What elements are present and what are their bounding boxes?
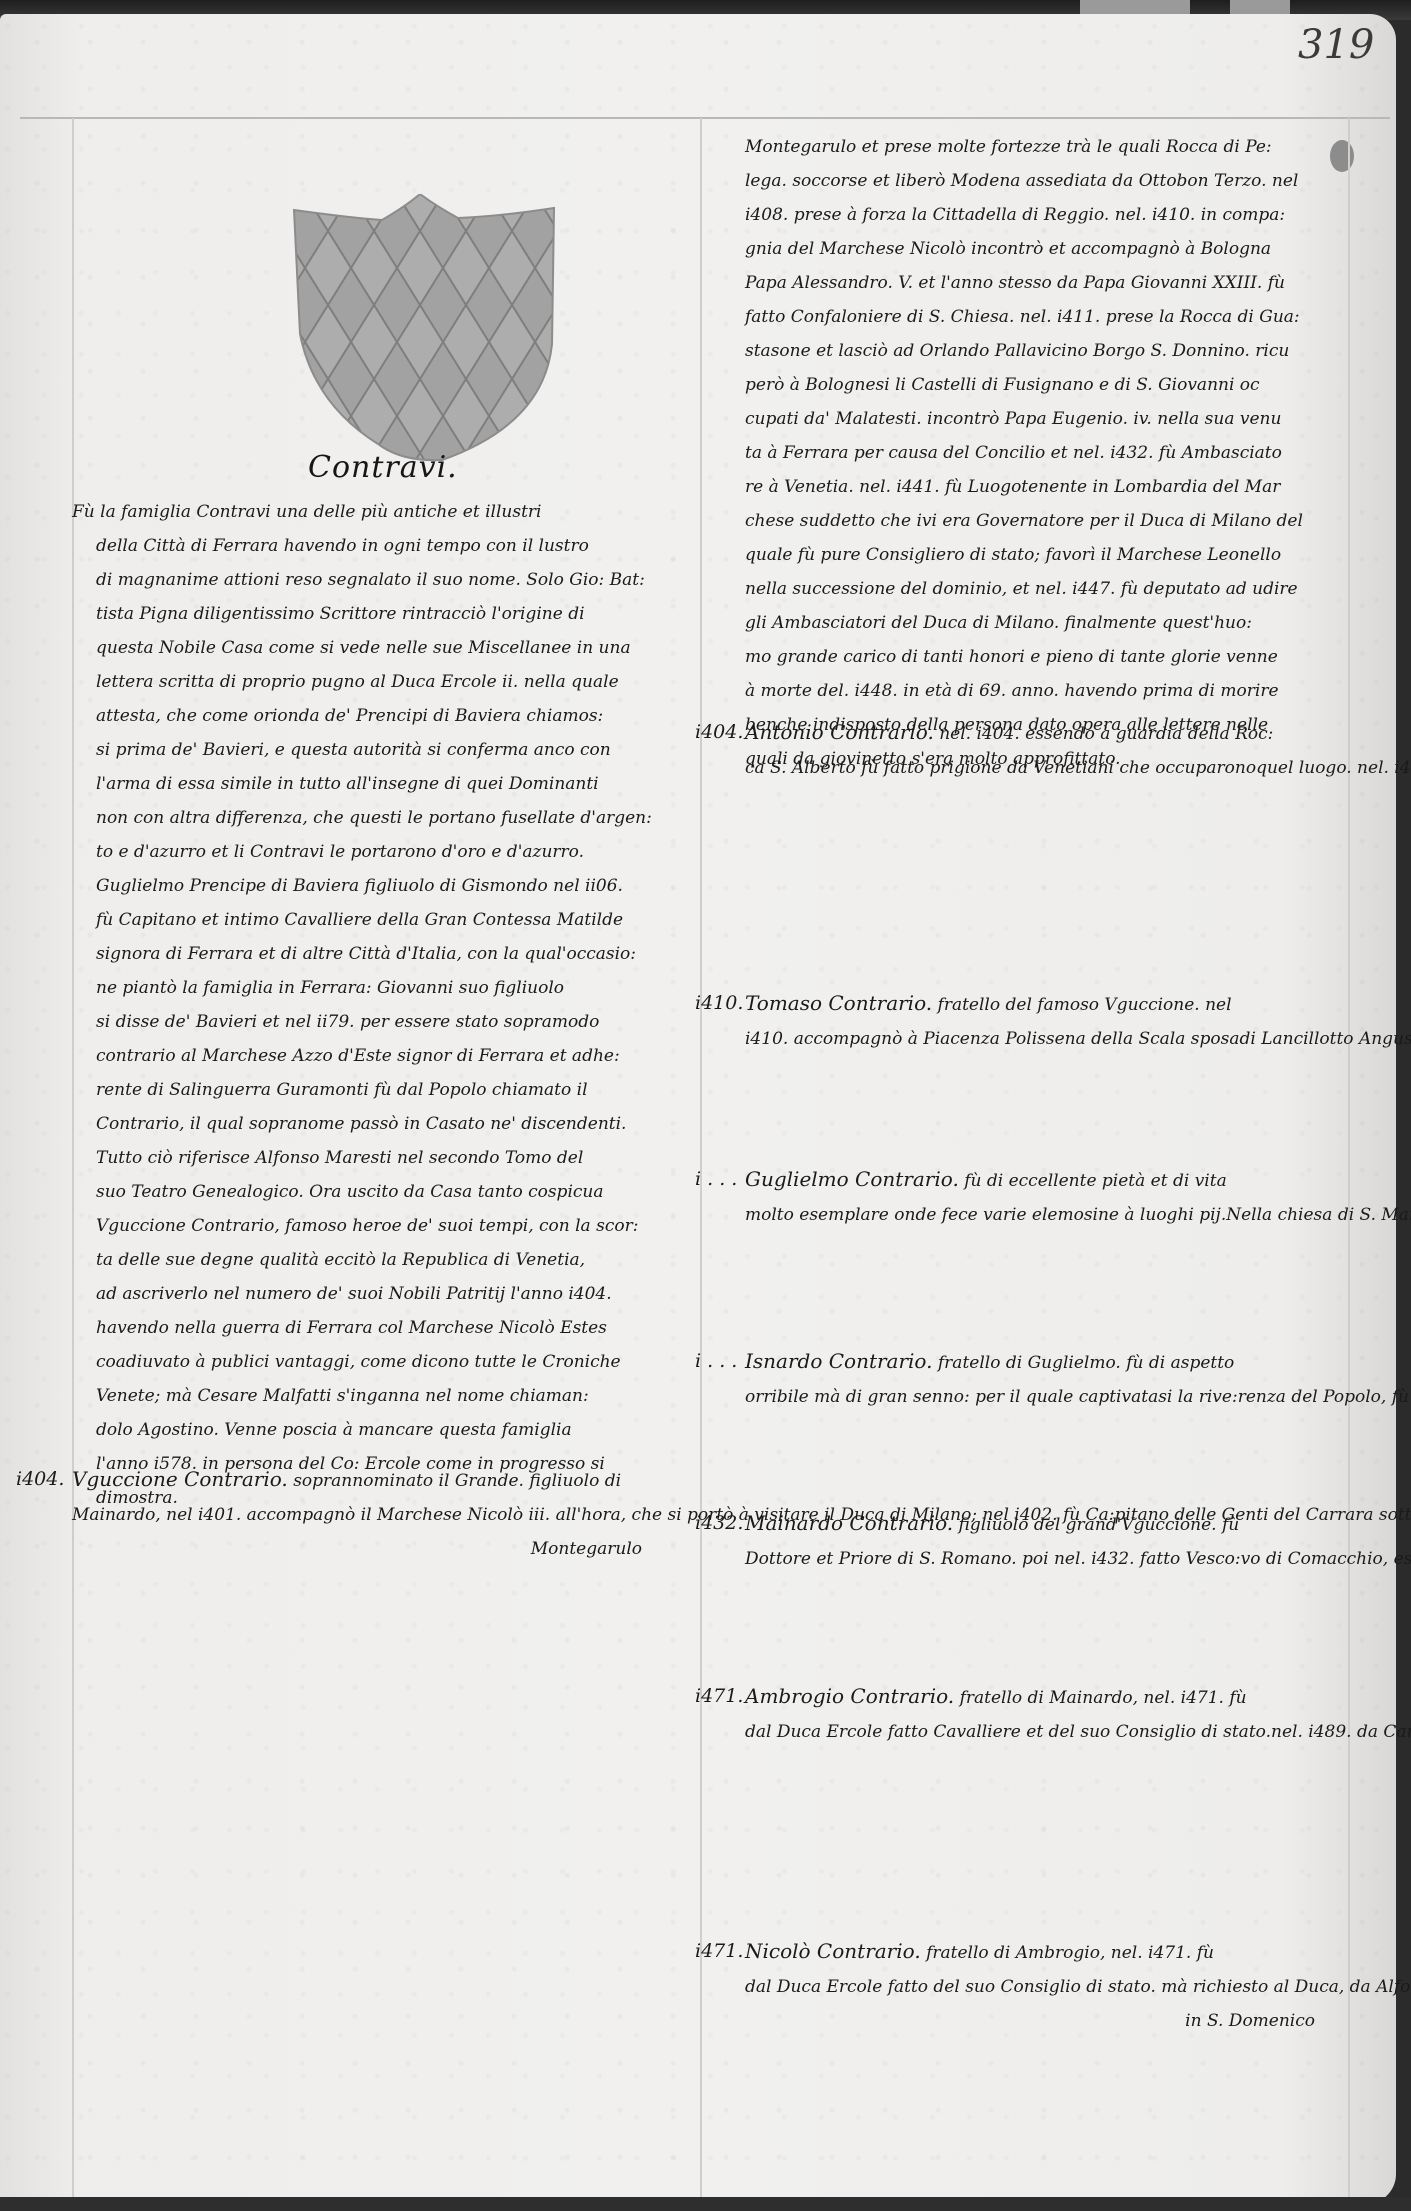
coat-of-arms-shield-icon: [282, 194, 562, 464]
entry-body: dal Duca Ercole fatto Cavalliere et del …: [745, 1715, 1411, 1749]
manuscript-line: l'arma di essa simile in tutto all'inseg…: [72, 767, 652, 801]
entry-body: molto esemplare onde fece varie elemosin…: [745, 1198, 1411, 1232]
manuscript-line: ta delle sue degne qualità eccitò la Rep…: [72, 1243, 652, 1277]
entry-body: i410. accompagnò à Piacenza Polissena de…: [745, 1022, 1411, 1056]
manuscript-line: rente di Salinguerra Guramonti fù dal Po…: [72, 1073, 652, 1107]
margin-year: i404.: [16, 1462, 64, 1496]
right-margin-rule: [1348, 118, 1350, 2198]
catchword: Montegarulo: [72, 1532, 642, 1566]
continuation-body: Montegarulo et prese molte fortezze trà …: [745, 130, 1303, 776]
genealogy-entry: i . . . Isnardo Contrario. fratello di G…: [745, 1344, 1411, 1414]
entry-text: figliuolo del grand'Vguccione. fù: [959, 1515, 1240, 1535]
entry-name: Nicolò Contrario.: [745, 1939, 921, 1963]
manuscript-line: quel luogo. nel. i413. accompagnò il Mar…: [1256, 758, 1411, 778]
manuscript-line: dolo Agostino. Venne poscia à mancare qu…: [72, 1413, 652, 1447]
manuscript-line: Vguccione Contrario, famoso heroe de' su…: [72, 1209, 652, 1243]
entry-name: Isnardo Contrario.: [745, 1349, 932, 1373]
manuscript-line: quale fù pure Consigliero di stato; favo…: [745, 538, 1303, 572]
margin-year: i . . .: [695, 1344, 737, 1378]
manuscript-line: lega. soccorse et liberò Modena assediat…: [745, 164, 1303, 198]
margin-year: i471.: [695, 1934, 743, 1968]
entry-text: fratello di Mainardo, nel. i471. fù: [960, 1688, 1247, 1708]
manuscript-line: havendo nella guerra di Ferrara col Marc…: [72, 1311, 652, 1345]
entry-name: Antonio Contrario.: [745, 720, 934, 744]
manuscript-line: orribile mà di gran senno: per il quale …: [745, 1387, 1238, 1407]
margin-year: i410.: [695, 986, 743, 1020]
manuscript-line: Contrario, il qual sopranome passò in Ca…: [72, 1107, 652, 1141]
manuscript-line: si disse de' Bavieri et nel ii79. per es…: [72, 1005, 652, 1039]
catchword: in S. Domenico: [745, 2004, 1315, 2038]
manuscript-line: tista Pigna diligentissimo Scrittore rin…: [72, 597, 652, 631]
manuscript-line: signora di Ferrara et di altre Città d'I…: [72, 937, 652, 971]
scan-edge-bottom: [0, 2197, 1411, 2211]
manuscript-line: dal Duca Ercole fatto Cavalliere et del …: [745, 1722, 1271, 1742]
manuscript-line: mo grande carico di tanti honori e pieno…: [745, 640, 1303, 674]
manuscript-line: Nella chiesa di S. Maria Nuova fece edif…: [1226, 1205, 1411, 1225]
entry-name: Ambrogio Contrario.: [745, 1684, 954, 1708]
manuscript-line: di magnanime attioni reso segnalato il s…: [72, 563, 652, 597]
manuscript-line: coadiuvato à publici vantaggi, come dico…: [72, 1345, 652, 1379]
entry-text: fratello del famoso Vguccione. nel: [938, 995, 1232, 1015]
entry-body: Dottore et Priore di S. Romano. poi nel.…: [745, 1542, 1411, 1576]
manuscript-line: stasone et lasciò ad Orlando Pallavicino…: [745, 334, 1303, 368]
manuscript-line: molto esemplare onde fece varie elemosin…: [745, 1205, 1226, 1225]
manuscript-line: ca S. Alberto fù fatto prigione da Venet…: [745, 758, 1256, 778]
entry-heading-line: Vguccione Contrario. soprannominato il G…: [72, 1471, 621, 1491]
manuscript-line: attesta, che come orionda de' Prencipi d…: [72, 699, 652, 733]
margin-year: i432.: [695, 1506, 743, 1540]
manuscript-line: à morte del. i448. in età di 69. anno. h…: [745, 674, 1303, 708]
continuation-paragraph: Montegarulo et prese molte fortezze trà …: [745, 130, 1303, 776]
genealogy-entry: i404. Antonio Contrario. nel. i404. esse…: [745, 715, 1411, 785]
manuscript-line: to e d'azurro et li Contravi le portaron…: [72, 835, 652, 869]
entry-text: fù di eccellente pietà et di vita: [964, 1171, 1227, 1191]
manuscript-line: Tutto ciò riferisce Alfonso Maresti nel …: [72, 1141, 652, 1175]
manuscript-line: nella successione del dominio, et nel. i…: [745, 572, 1303, 606]
entry-text: fratello di Guglielmo. fù di aspetto: [938, 1353, 1234, 1373]
manuscript-line: Papa Alessandro. V. et l'anno stesso da …: [745, 266, 1303, 300]
manuscript-line: Fù la famiglia Contravi una delle più an…: [72, 495, 652, 529]
manuscript-page: 319 Contravi. Fù la famiglia Contravi un…: [0, 14, 1396, 2204]
manuscript-line: cupati da' Malatesti. incontrò Papa Euge…: [745, 402, 1303, 436]
manuscript-line: contrario al Marchese Azzo d'Este signor…: [72, 1039, 652, 1073]
intro-paragraph: Fù la famiglia Contravi una delle più an…: [72, 495, 652, 1515]
manuscript-line: lettera scritta di proprio pugno al Duca…: [72, 665, 652, 699]
manuscript-line: renza del Popolo, fù da questo fatto suo…: [1238, 1387, 1411, 1407]
manuscript-line: i410. accompagnò à Piacenza Polissena de…: [745, 1029, 1239, 1049]
manuscript-line: dal Duca Ercole fatto del suo Consiglio …: [745, 1977, 1251, 1997]
genealogy-entry: i471. Nicolò Contrario. fratello di Ambr…: [745, 1934, 1411, 2038]
manuscript-line: chese suddetto che ivi era Governatore p…: [745, 504, 1303, 538]
manuscript-line: suo Teatro Genealogico. Ora uscito da Ca…: [72, 1175, 652, 1209]
margin-year: i . . .: [695, 1162, 737, 1196]
entry-body: dal Duca Ercole fatto del suo Consiglio …: [745, 1970, 1411, 2004]
manuscript-line: Dottore et Priore di S. Romano. poi nel.…: [745, 1549, 1241, 1569]
manuscript-line: ta à Ferrara per causa del Concilio et n…: [745, 436, 1303, 470]
manuscript-line: Montegarulo et prese molte fortezze trà …: [745, 130, 1303, 164]
entry-text: fratello di Ambrogio, nel. i471. fù: [926, 1943, 1214, 1963]
ink-blot: [1330, 140, 1354, 172]
manuscript-line: si prima de' Bavieri, e questa autorità …: [72, 733, 652, 767]
manuscript-line: della Città di Ferrara havendo in ogni t…: [72, 529, 652, 563]
genealogy-entry: i . . . Guglielmo Contrario. fù di eccel…: [745, 1162, 1411, 1232]
folio-number: 319: [1298, 22, 1374, 68]
genealogy-entry: i410. Tomaso Contrario. fratello del fam…: [745, 986, 1411, 1056]
manuscript-line: questa Nobile Casa come si vede nelle su…: [72, 631, 652, 665]
manuscript-line: vo di Comacchio, essendone prima Coadiut…: [1241, 1549, 1411, 1569]
manuscript-line: Guglielmo Prencipe di Baviera figliuolo …: [72, 869, 652, 903]
entry-text: soprannominato il Grande. figliuolo di: [293, 1471, 621, 1491]
manuscript-line: di Lancillotto Angussola. et nel. i413. …: [1239, 1029, 1411, 1049]
entry-name: Tomaso Contrario.: [745, 991, 932, 1015]
family-title: Contravi.: [308, 450, 458, 485]
manuscript-line: re à Venetia. nel. i441. fù Luogotenente…: [745, 470, 1303, 504]
margin-year: i471.: [695, 1679, 743, 1713]
manuscript-line: ne piantò la famiglia in Ferrara: Giovan…: [72, 971, 652, 1005]
column-divider-rule: [700, 118, 702, 2198]
genealogy-entry: i432. Mainardo Contrario. figliuolo del …: [745, 1506, 1411, 1576]
manuscript-line: Venete; mà Cesare Malfatti s'inganna nel…: [72, 1379, 652, 1413]
margin-year: i404.: [695, 715, 743, 749]
entry-body: ca S. Alberto fù fatto prigione da Venet…: [745, 751, 1411, 785]
manuscript-line: però à Bolognesi li Castelli di Fusignan…: [745, 368, 1303, 402]
manuscript-line: fù Capitano et intimo Cavalliere della G…: [72, 903, 652, 937]
genealogy-entry: i471. Ambrogio Contrario. fratello di Ma…: [745, 1679, 1411, 1749]
entry-name: Mainardo Contrario.: [745, 1511, 953, 1535]
manuscript-line: i408. prese à forza la Cittadella di Reg…: [745, 198, 1303, 232]
manuscript-line: nel. i489. da Carlo. viii. Rè di Francia…: [1271, 1722, 1411, 1742]
manuscript-line: non con altra differenza, che questi le …: [72, 801, 652, 835]
manuscript-line: gli Ambasciatori del Duca di Milano. fin…: [745, 606, 1303, 640]
entry-body: orribile mà di gran senno: per il quale …: [745, 1380, 1411, 1414]
entry-name: Vguccione Contrario.: [72, 1467, 288, 1491]
entry-name: Guglielmo Contrario.: [745, 1167, 959, 1191]
manuscript-line: gnia del Marchese Nicolò incontrò et acc…: [745, 232, 1303, 266]
entry-text: nel. i404. essendo à guardia della Roc:: [939, 724, 1273, 744]
manuscript-line: ad ascriverlo nel numero de' suoi Nobili…: [72, 1277, 652, 1311]
manuscript-line: Mainardo, nel i401. accompagnò il Marche…: [72, 1505, 581, 1525]
manuscript-line: to al Duca, da Alfonso Rè di Napoli, pas…: [1251, 1977, 1411, 1997]
manuscript-line: fatto Confaloniere di S. Chiesa. nel. i4…: [745, 300, 1303, 334]
header-rule: [20, 117, 1390, 119]
